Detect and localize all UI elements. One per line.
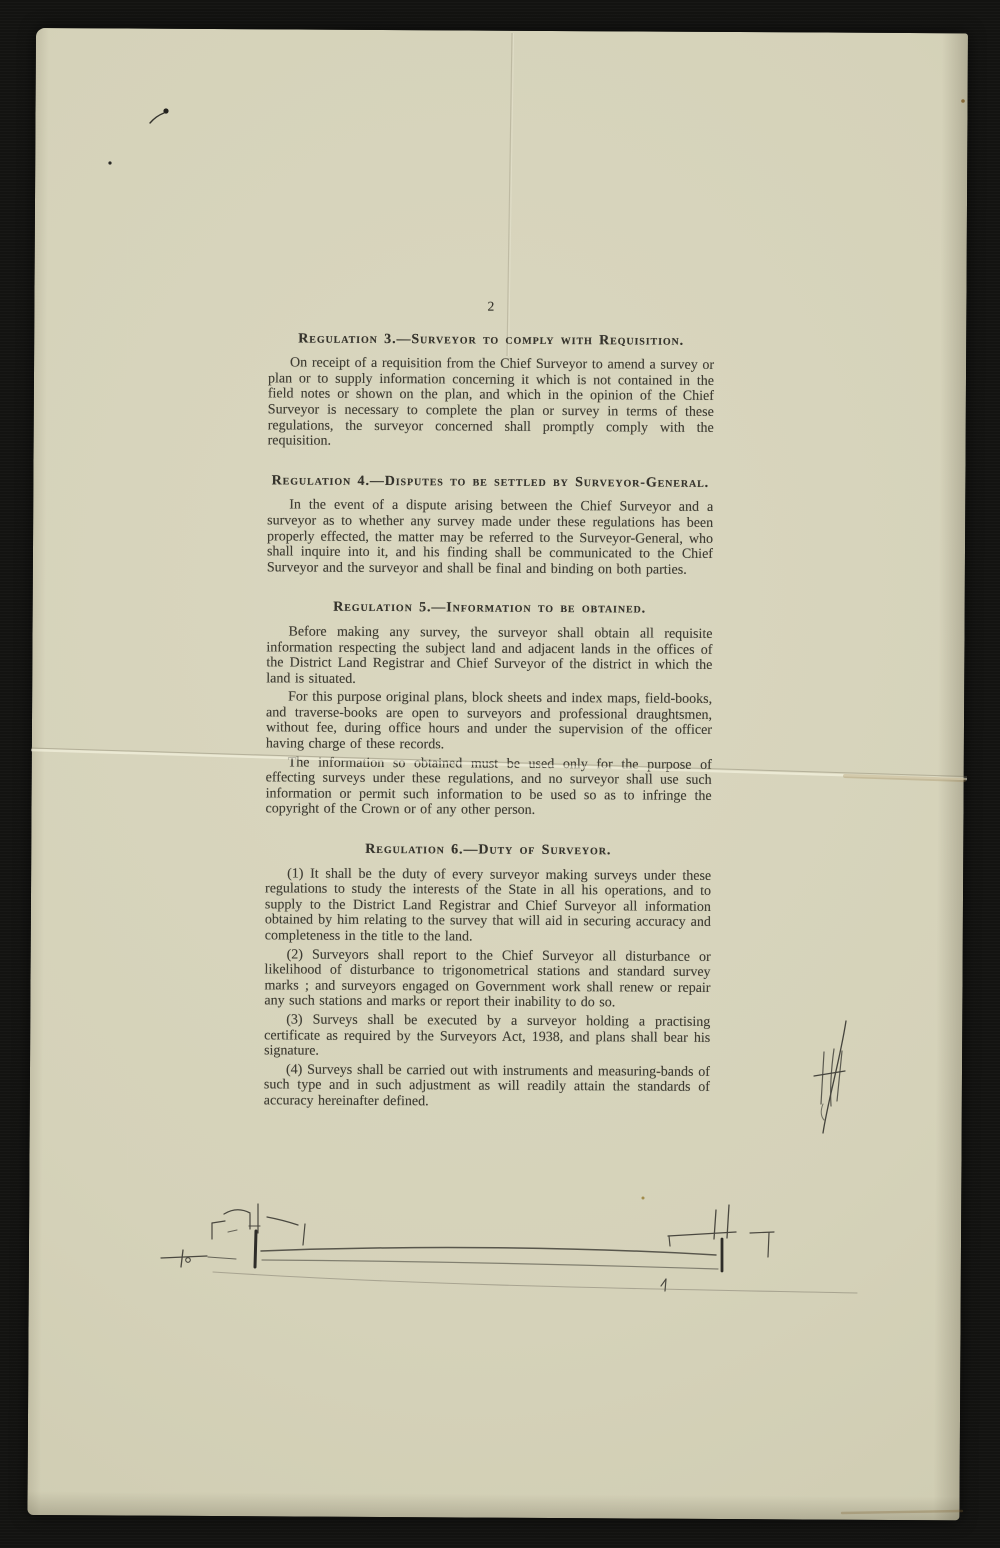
regulation-5-heading: Regulation 5.—Information to be obtained…: [267, 600, 713, 618]
regulation-6-paragraph-2: (2) Surveyors shall report to the Chief …: [264, 947, 710, 1012]
regulation-4-section: Regulation 4.—Disputes to be settled by …: [267, 473, 714, 578]
regulation-3-section: Regulation 3.—Surveyor to comply with Re…: [268, 331, 715, 452]
regulation-5-section: Regulation 5.—Information to be obtained…: [265, 600, 712, 820]
document-page: 2 Regulation 3.—Surveyor to comply with …: [27, 28, 968, 1520]
regulation-6-section: Regulation 6.—Duty of Surveyor. (1) It s…: [264, 841, 712, 1111]
page-number: 2: [268, 297, 714, 315]
regulation-4-heading: Regulation 4.—Disputes to be settled by …: [267, 473, 713, 491]
regulation-5-paragraph-2: For this purpose original plans, block s…: [266, 690, 712, 755]
regulation-6-paragraph-1: (1) It shall be the duty of every survey…: [265, 866, 711, 947]
regulation-5-paragraph-1: Before making any survey, the surveyor s…: [266, 624, 712, 689]
photo-background: 2 Regulation 3.—Surveyor to comply with …: [0, 0, 1000, 1548]
regulation-3-paragraph: On receipt of a requisition from the Chi…: [268, 356, 715, 452]
regulation-3-heading: Regulation 3.—Surveyor to comply with Re…: [268, 331, 714, 349]
page-text: 2 Regulation 3.—Surveyor to comply with …: [264, 297, 715, 1111]
regulation-6-paragraph-3: (3) Surveys shall be executed by a surve…: [264, 1012, 710, 1061]
regulation-5-paragraph-3: The information so obtained must be used…: [265, 755, 711, 820]
regulation-4-paragraph: In the event of a dispute arising betwee…: [267, 498, 713, 579]
regulation-6-paragraph-4: (4) Surveys shall be carried out with in…: [264, 1062, 710, 1111]
regulation-6-heading: Regulation 6.—Duty of Surveyor.: [265, 841, 711, 859]
